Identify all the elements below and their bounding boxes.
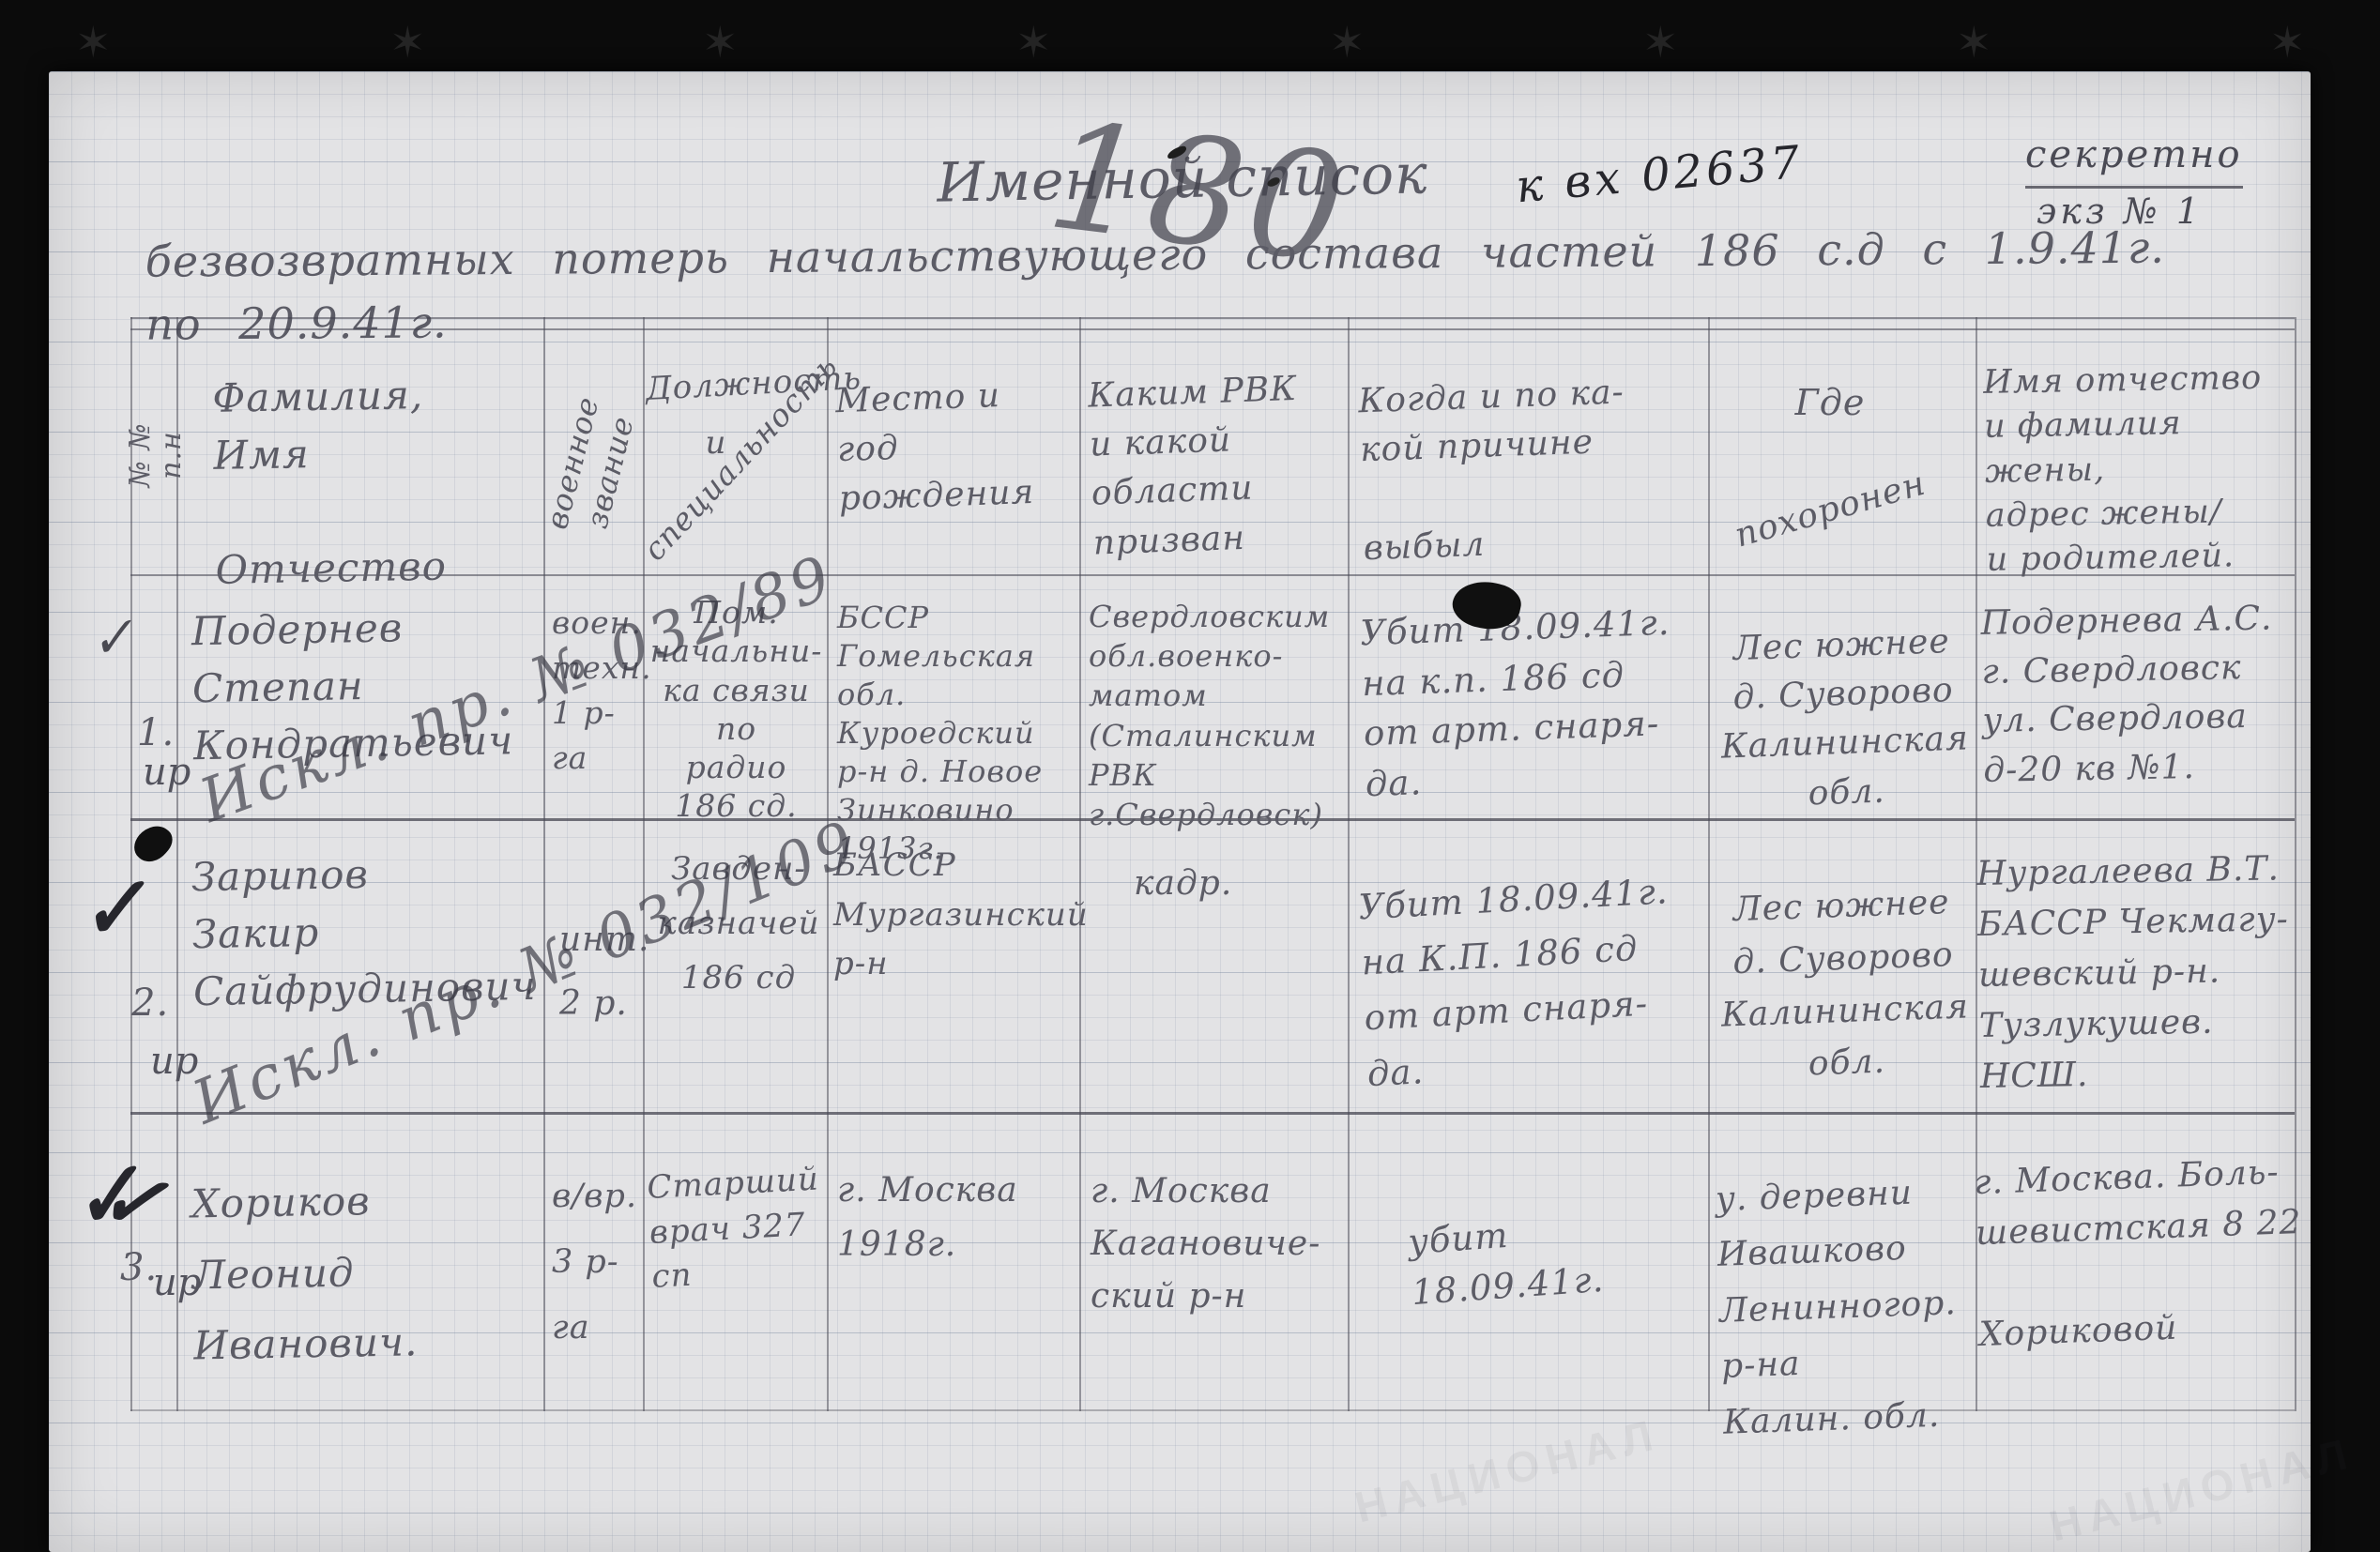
star-icon: ✶ [389, 17, 426, 68]
header-casualty: Когда и по ка- кой причине выбыл [1357, 366, 1701, 573]
star-icon: ✶ [1329, 17, 1365, 68]
cell-draft-office: г. Москва Кагановиче- ский р-н [1091, 1165, 1346, 1322]
cell-birthplace: БССР Гомельская обл. Куроедский р-н д. Н… [837, 599, 1076, 868]
scanned-document: ✶ ✶ ✶ ✶ ✶ ✶ ✶ ✶ Именной список 180 к вх … [0, 0, 2380, 1552]
cell-burial: у. деревни Ивашково Ленинногор. р-на Кал… [1715, 1163, 1987, 1451]
cell-casualty: убит 18.09.41г. [1407, 1196, 1714, 1317]
star-icon: ✶ [1956, 17, 1992, 68]
cell-wife: Нургалеева В.Т. БАССР Чекмагу- шевский р… [1976, 844, 2305, 1103]
star-icon: ✶ [1015, 17, 1052, 68]
cell-burial: Лес южнее д. Суворово Калининская обл. [1714, 875, 1975, 1093]
cell-wife: Подернева А.С. г. Свердловск ул. Свердло… [1980, 594, 2298, 796]
cell-birthplace: г. Москва 1918г. [837, 1164, 1072, 1271]
checkmark: ✓ [86, 605, 139, 672]
cell-position: Старший врач 327 сп [646, 1157, 831, 1301]
row-number: 2. [131, 976, 169, 1030]
cell-casualty: Убит 18.09.41г. на К.П. 186 сд от арт сн… [1357, 862, 1706, 1102]
cell-casualty: Убит 18.09.41г. на к.п. 186 сд от арт. с… [1359, 597, 1703, 810]
header-wife: Имя отчество и фамилия жены, адрес жены/… [1983, 356, 2296, 583]
table-line [643, 317, 645, 1411]
star-icon: ✶ [75, 17, 112, 68]
checkmark: ✓ [74, 859, 151, 960]
header-birthplace: Место и год рождения [834, 370, 1064, 525]
header-burial-line1: Где [1736, 377, 1924, 429]
cell-name-mark: ир [153, 1261, 201, 1304]
table-line [130, 1112, 2295, 1115]
header-draft-office: Каким РВК и какой области призван [1087, 363, 1342, 568]
star-icon: ✶ [2269, 17, 2306, 68]
cell-wife: г. Москва. Боль- шевистская 8 22 Хориков… [1973, 1147, 2308, 1361]
page-subtitle: безвозвратных потерь начальствующего сос… [145, 216, 2211, 356]
star-icon: ✶ [1642, 17, 1679, 68]
header-name: Фамилия, Имя Отчество [212, 365, 526, 599]
table-line [130, 317, 2295, 319]
cell-burial: Лес южнее д. Суворово Калининская обл. [1714, 616, 1974, 821]
cell-name-mark: ир [143, 751, 191, 794]
cell-birthplace: БАССР Мургазинский р-н [833, 841, 1076, 989]
table-line [1348, 317, 1350, 1411]
table-line [130, 328, 2295, 330]
star-icon: ✶ [702, 17, 739, 68]
cell-name: Хориков Леонид Иванович. [191, 1163, 570, 1382]
cell-rank: в/вр. 3 р-га [552, 1164, 641, 1361]
table-line [1079, 317, 1081, 1411]
secret-stamp: секретно [2025, 128, 2243, 189]
header-row-number: № № п.н [125, 352, 181, 558]
cell-draft-office: кадр. [1134, 860, 1340, 908]
cell-draft-office: Свердловским обл.военко- матом (Сталинск… [1089, 597, 1344, 834]
